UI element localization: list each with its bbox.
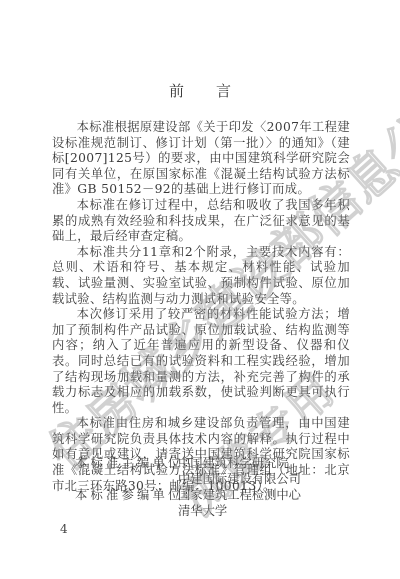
paragraph-contents: 本标准共分11章和2个附录，主要技术内容有：总则、术语和符号、基本规定、材料性能… — [52, 245, 350, 307]
preface-body: 本标准根据原建设部《关于印发〈2007年工程建设标准规范制订、修订计划（第一批）… — [52, 120, 350, 494]
page-title: 前言 — [0, 80, 400, 101]
document-page: 前言 本标准根据原建设部《关于印发〈2007年工程建设标准规范制订、修订计划（第… — [0, 0, 400, 579]
paragraph-revision-process: 本标准在修订过程中，总结和吸收了我国多年积累的成熟有效经验和科技成果，在广泛征求… — [52, 198, 350, 245]
page-number: 4 — [60, 522, 68, 536]
paragraph-basis: 本标准根据原建设部《关于印发〈2007年工程建设标准规范制订、修订计划（第一批）… — [52, 120, 350, 198]
paragraph-revision-changes: 本次修订采用了较严密的材料性能试验方法；增加了预制构件产品试验、原位加载试验、结… — [52, 307, 350, 416]
title-char-1: 前 — [169, 80, 184, 101]
participating-unit-2: 清华大学 — [178, 501, 227, 519]
title-char-2: 言 — [216, 80, 231, 101]
